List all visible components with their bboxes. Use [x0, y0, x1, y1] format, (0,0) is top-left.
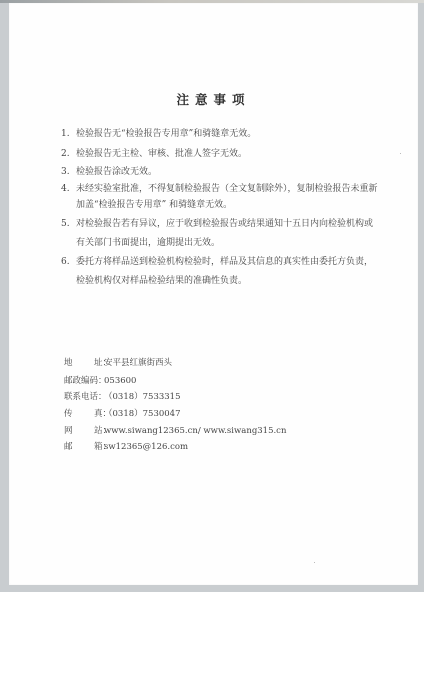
contact-label: 网 [64, 426, 94, 437]
item-number: 3. [61, 167, 76, 178]
scan-frame: 注意事项 1.检验报告无“检验报告专用章”和骑缝章无效。 2.检验报告无主检、审… [0, 0, 424, 592]
item-number: 5. [61, 219, 76, 230]
notice-item-4-continuation: 加盖“检验报告专用章” 和骑缝章无效。 [76, 200, 232, 211]
item-text: 检验报告无主检、审核、批准人签字无效。 [76, 149, 247, 159]
item-text: 未经实验室批准，不得复制检验报告（全文复制除外），复制检验报告未重新 [76, 184, 378, 194]
item-number: 1. [61, 129, 76, 140]
contact-fax: 传真：（0318）7530047 [64, 409, 181, 420]
item-text: 检验报告涂改无效。 [76, 167, 157, 177]
contact-value: www.siwang12365.cn/ www.siwang315.cn [104, 426, 286, 436]
item-number: 6. [61, 257, 76, 268]
item-number: 2. [61, 149, 76, 160]
document-page: 注意事项 1.检验报告无“检验报告专用章”和骑缝章无效。 2.检验报告无主检、审… [9, 3, 418, 585]
page-title: 注意事项 [9, 90, 418, 108]
contact-value: （0318）7530047 [104, 409, 181, 419]
notice-item-1: 1.检验报告无“检验报告专用章”和骑缝章无效。 [61, 129, 256, 140]
item-text: 检验报告无“检验报告专用章”和骑缝章无效。 [76, 129, 256, 139]
contact-email: 邮箱：sw12365@126.com [64, 442, 188, 453]
notice-item-6: 6.委托方将样品送到检验机构检验时，样品及其信息的真实性由委托方负责， [61, 257, 373, 268]
notice-item-5-continuation: 有关部门书面提出，逾期提出无效。 [76, 238, 220, 249]
notice-item-6-continuation: 检验机构仅对样品检验结果的准确性负责。 [76, 276, 247, 287]
contact-phone: 联系电话：（0318）7533315 [64, 392, 181, 403]
notice-item-5: 5.对检验报告若有异议，应于收到检验报告或结果通知十五日内向检验机构或 [61, 219, 373, 230]
item-text: 对检验报告若有异议，应于收到检验报告或结果通知十五日内向检验机构或 [76, 219, 373, 229]
item-text: 委托方将样品送到检验机构检验时，样品及其信息的真实性由委托方负责， [76, 257, 373, 267]
contact-label: 邮 [64, 442, 94, 453]
contact-value: sw12365@126.com [104, 442, 188, 452]
item-number: 4. [61, 184, 76, 195]
scan-speck [400, 153, 401, 154]
contact-label: 传 [64, 409, 94, 420]
contact-label: 邮政编码： [64, 376, 104, 387]
notice-item-4: 4.未经实验室批准，不得复制检验报告（全文复制除外），复制检验报告未重新 [61, 184, 378, 195]
notice-item-2: 2.检验报告无主检、审核、批准人签字无效。 [61, 149, 247, 160]
contact-value: 安平县红旗街西头 [104, 358, 172, 368]
contact-label: 联系电话： [64, 392, 104, 403]
contact-value: （0318）7533315 [104, 392, 181, 402]
contact-label: 地 [64, 358, 94, 369]
notice-item-3: 3.检验报告涂改无效。 [61, 167, 157, 178]
contact-postcode: 邮政编码：053600 [64, 376, 136, 387]
scan-speck [314, 562, 315, 563]
contact-website: 网站：www.siwang12365.cn/ www.siwang315.cn [64, 426, 286, 437]
contact-address: 地址：安平县红旗街西头 [64, 358, 172, 369]
contact-value: 053600 [104, 376, 136, 386]
